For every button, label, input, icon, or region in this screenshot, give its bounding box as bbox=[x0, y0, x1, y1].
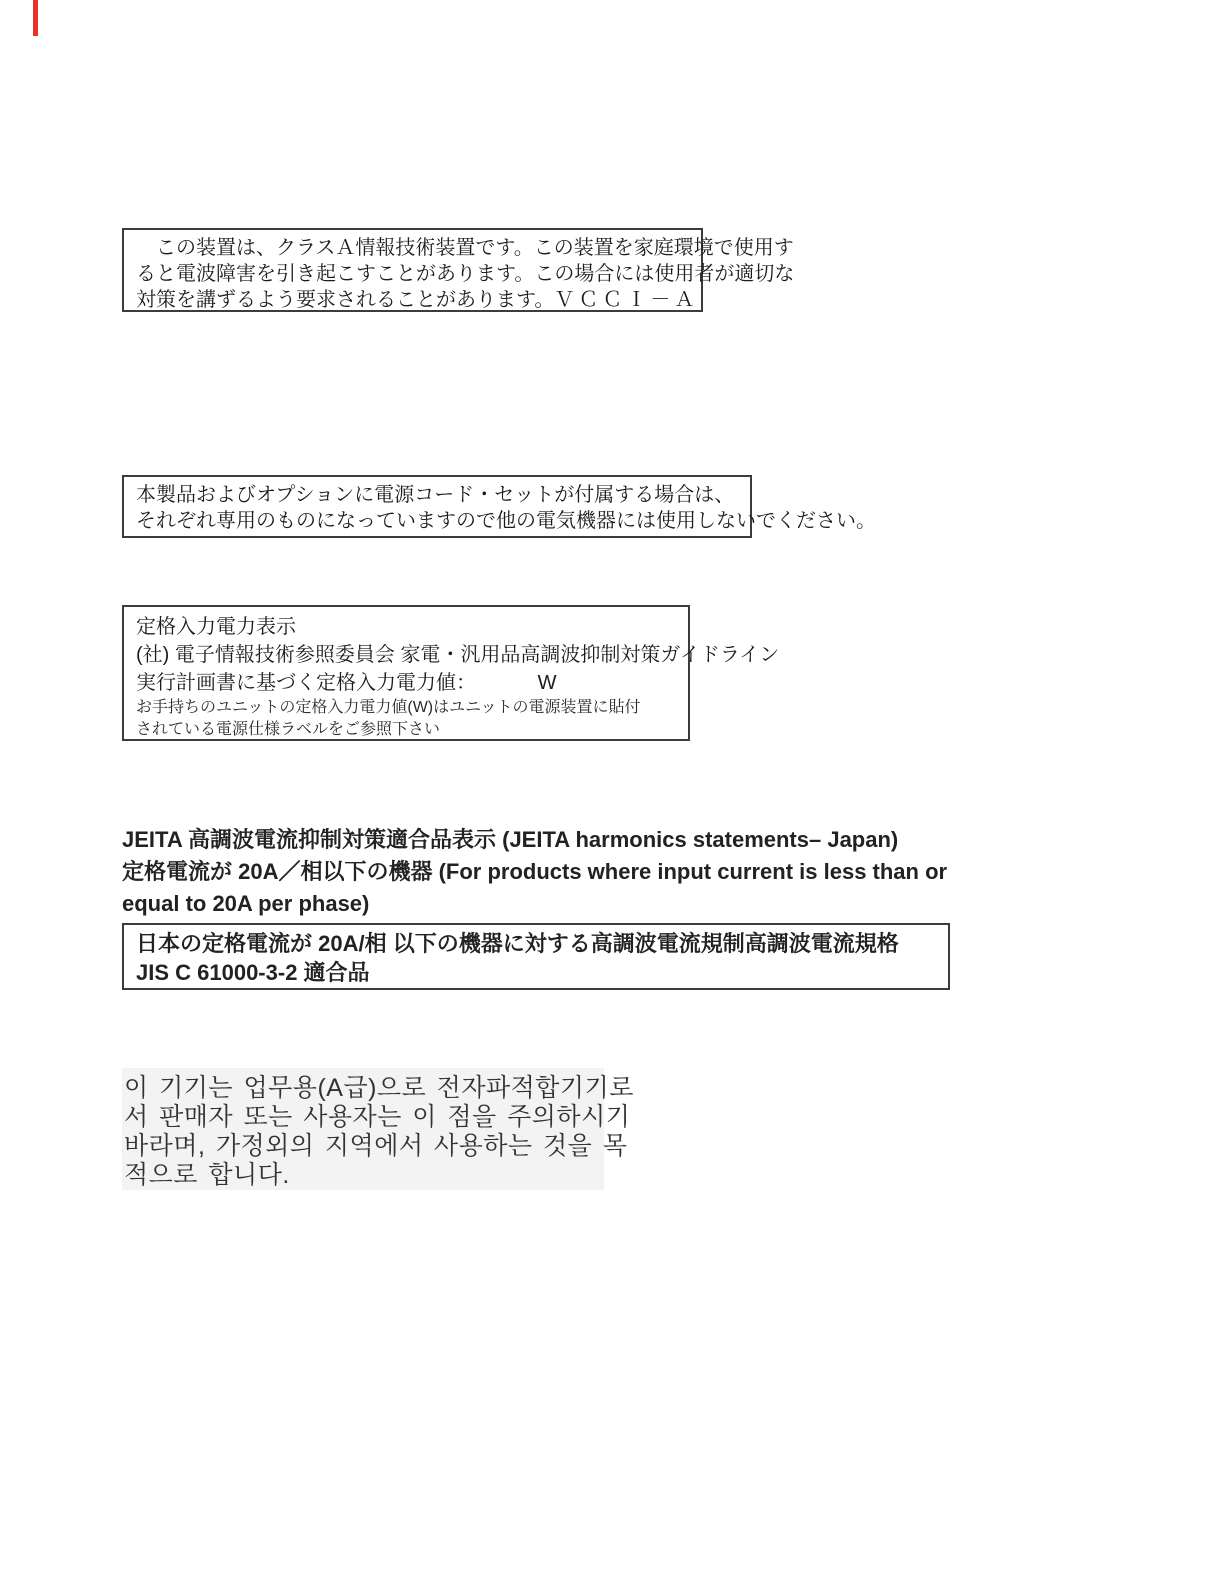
vcci-notice-line: ると電波障害を引き起こすことがあります。この場合には使用者が適切な bbox=[136, 261, 691, 287]
korean-notice-line: 바라며, 가정외의 지역에서 사용하는 것을 목 bbox=[124, 1132, 604, 1161]
korean-notice-line: 이 기기는 업무용(A급)으로 전자파적합기기로 bbox=[124, 1074, 604, 1103]
rated-power-value-unit: W bbox=[538, 669, 557, 697]
korean-notice-line: 적으로 합니다. bbox=[124, 1161, 604, 1190]
rated-power-guideline: (社) 電子情報技術参照委員会 家電・汎用品高調波抑制対策ガイドライン bbox=[136, 641, 678, 669]
red-edge-marker bbox=[33, 0, 38, 36]
vcci-notice-box: この装置は、クラスＡ情報技術装置です。この装置を家庭環境で使用す ると電波障害を… bbox=[122, 228, 703, 312]
jis-compliance-line: 日本の定格電流が 20A/相 以下の機器に対する高調波電流規制高調波電流規格 bbox=[136, 929, 938, 958]
rated-power-note: されている電源仕様ラベルをご参照下さい bbox=[136, 719, 678, 741]
rated-power-box: 定格入力電力表示 (社) 電子情報技術参照委員会 家電・汎用品高調波抑制対策ガイ… bbox=[122, 605, 690, 741]
power-cord-line: それぞれ専用のものになっていますので他の電気機器には使用しないでください。 bbox=[136, 508, 740, 534]
rated-power-value-label: 実行計画書に基づく定格入力電力値： bbox=[136, 672, 476, 694]
jis-compliance-box: 日本の定格電流が 20A/相 以下の機器に対する高調波電流規制高調波電流規格 J… bbox=[122, 923, 950, 990]
power-cord-line: 本製品およびオプションに電源コード・セットが付属する場合は、 bbox=[136, 482, 740, 508]
jeita-heading: JEITA 高調波電流抑制対策適合品表示 (JEITA harmonics st… bbox=[122, 824, 967, 920]
manual-page: この装置は、クラスＡ情報技術装置です。この装置を家庭環境で使用す ると電波障害を… bbox=[0, 0, 1224, 1584]
korean-class-a-notice: 이 기기는 업무용(A급)으로 전자파적합기기로 서 판매자 또는 사용자는 이… bbox=[122, 1068, 604, 1190]
jeita-heading-title: JEITA 高調波電流抑制対策適合品表示 (JEITA harmonics st… bbox=[122, 824, 967, 856]
korean-notice-line: 서 판매자 또는 사용자는 이 점을 주의하시기 bbox=[124, 1103, 604, 1132]
rated-power-title: 定格入力電力表示 bbox=[136, 613, 678, 641]
power-cord-notice-box: 本製品およびオプションに電源コード・セットが付属する場合は、 それぞれ専用のもの… bbox=[122, 475, 752, 538]
jis-compliance-line: JIS C 61000-3-2 適合品 bbox=[136, 958, 938, 987]
vcci-notice-line: 対策を講ずるよう要求されることがあります。 bbox=[136, 287, 554, 313]
vcci-a-mark: ＶＣＣＩ－Ａ bbox=[554, 287, 722, 313]
vcci-notice-line: この装置は、クラスＡ情報技術装置です。この装置を家庭環境で使用す bbox=[136, 235, 691, 261]
jeita-subheading-line: 定格電流が 20A／相以下の機器 (For products where inp… bbox=[122, 856, 967, 888]
rated-power-note: お手持ちのユニットの定格入力電力値(W)はユニットの電源装置に貼付 bbox=[136, 697, 678, 719]
jeita-subheading-line: equal to 20A per phase) bbox=[122, 888, 967, 920]
